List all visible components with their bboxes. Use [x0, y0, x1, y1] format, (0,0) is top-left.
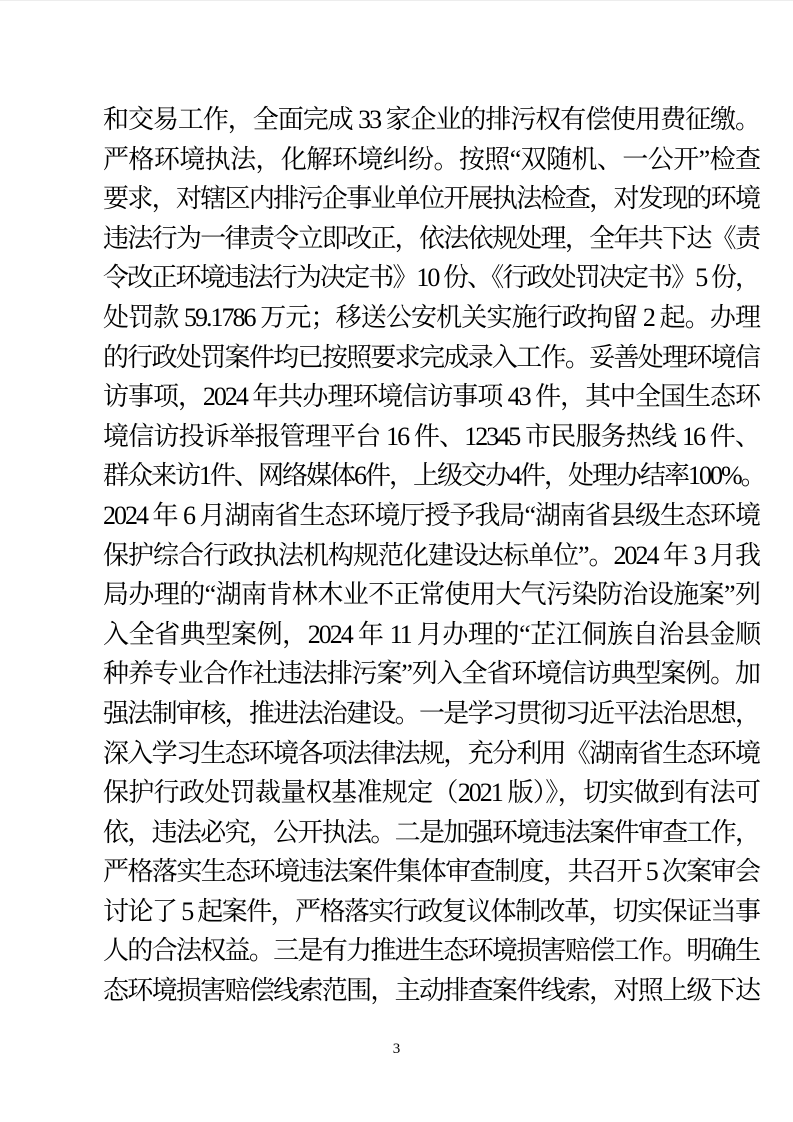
page-number: 3: [0, 1039, 793, 1059]
text-line: 局办理的“湖南肯林木业不正常使用大气污染防治设施案”列: [103, 575, 759, 615]
text-line: 种养专业合作社违法排污案”列入全省环境信访典型案例。加: [103, 654, 759, 694]
text-line: 2024 年 6 月湖南省生态环境厅授予我局“湖南省县级生态环境: [103, 496, 759, 536]
text-line: 令改正环境违法行为决定书》10 份、《行政处罚决定书》5 份，: [103, 258, 759, 298]
text-line: 深入学习生态环境各项法律法规，充分利用《湖南省生态环境: [103, 734, 759, 774]
text-line: 严格落实生态环境违法案件集体审查制度，共召开 5 次案审会: [103, 852, 759, 892]
text-line: 群众来访1件、网络媒体6件，上级交办4件，处理办结率100%。: [103, 456, 759, 496]
text-line: 严格环境执法，化解环境纠纷。按照“双随机、一公开”检查: [103, 140, 759, 180]
text-line: 依，违法必究，公开执法。二是加强环境违法案件审查工作，: [103, 813, 759, 853]
text-line: 处罚款 59.1786 万元；移送公安机关实施行政拘留 2 起。办理: [103, 298, 759, 338]
text-line: 境信访投诉举报管理平台 16 件、12345 市民服务热线 16 件、: [103, 417, 759, 457]
document-page: 和交易工作，全面完成 33 家企业的排污权有偿使用费征缴。严格环境执法，化解环境…: [0, 1, 793, 1122]
text-line: 强法制审核，推进法治建设。一是学习贯彻习近平法治思想，: [103, 694, 759, 734]
text-line: 保护行政处罚裁量权基准规定（2021 版）》，切实做到有法可: [103, 773, 759, 813]
text-line: 访事项，2024 年共办理环境信访事项 43 件，其中全国生态环: [103, 377, 759, 417]
text-line: 讨论了 5 起案件，严格落实行政复议体制改革，切实保证当事: [103, 892, 759, 932]
text-line: 态环境损害赔偿线索范围，主动排查案件线索，对照上级下达: [103, 971, 759, 1011]
text-line: 入全省典型案例，2024 年 11 月办理的“芷江侗族自治县金顺: [103, 615, 759, 655]
page-body-text: 和交易工作，全面完成 33 家企业的排污权有偿使用费征缴。严格环境执法，化解环境…: [103, 100, 759, 1011]
text-line: 保护综合行政执法机构规范化建设达标单位”。2024 年 3 月我: [103, 536, 759, 576]
text-line: 和交易工作，全面完成 33 家企业的排污权有偿使用费征缴。: [103, 100, 759, 140]
text-line: 的行政处罚案件均已按照要求完成录入工作。妥善处理环境信: [103, 338, 759, 378]
text-line: 人的合法权益。三是有力推进生态环境损害赔偿工作。明确生: [103, 931, 759, 971]
text-line: 要求，对辖区内排污企事业单位开展执法检查，对发现的环境: [103, 179, 759, 219]
text-line: 违法行为一律责令立即改正，依法依规处理，全年共下达《责: [103, 219, 759, 259]
